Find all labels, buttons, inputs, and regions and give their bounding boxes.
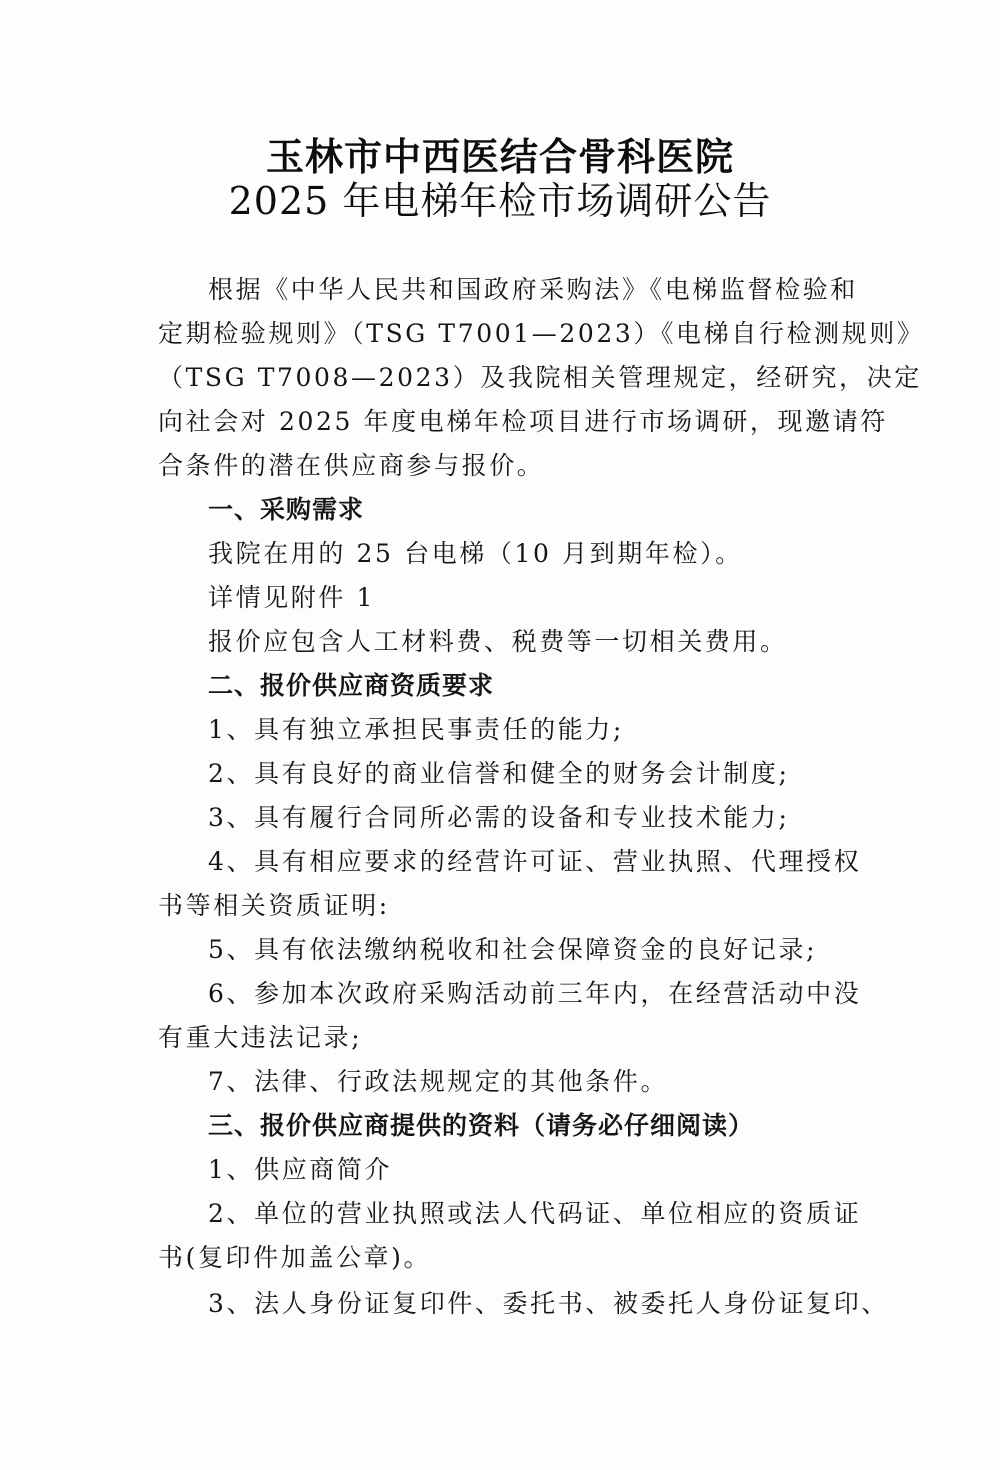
section1-line: 详情见附件 1 [208,578,928,614]
qualification-item: 4、具有相应要求的经营许可证、营业执照、代理授权 [208,842,928,878]
section1-line: 我院在用的 25 台电梯（10 月到期年检）。 [208,534,928,570]
intro-line: 定期检验规则》（TSG T7001—2023）《电梯自行检测规则》 [158,314,878,350]
section-heading-supplier-qualifications: 二、报价供应商资质要求 [208,666,928,702]
material-item: 3、法人身份证复印件、委托书、被委托人身份证复印、 [208,1284,928,1320]
qualification-item: 7、法律、行政法规规定的其他条件。 [208,1062,928,1098]
section-heading-procurement-needs: 一、采购需求 [208,490,928,526]
qualification-item: 1、具有独立承担民事责任的能力; [208,710,928,746]
qualification-item: 2、具有良好的商业信誉和健全的财务会计制度; [208,754,928,790]
section-heading-required-materials: 三、报价供应商提供的资料（请务必仔细阅读） [208,1106,928,1142]
intro-line: 合条件的潜在供应商参与报价。 [158,446,878,482]
document-title-line2: 2025 年电梯年检市场调研公告 [0,170,1000,225]
document-page: 玉林市中西医结合骨科医院 2025 年电梯年检市场调研公告 根据《中华人民共和国… [0,0,1000,1470]
material-item: 2、单位的营业执照或法人代码证、单位相应的资质证 [208,1194,928,1230]
section1-line: 报价应包含人工材料费、税费等一切相关费用。 [208,622,928,658]
qualification-item-continuation: 书等相关资质证明: [158,886,878,922]
intro-line: 向社会对 2025 年度电梯年检项目进行市场调研，现邀请符 [158,402,878,438]
intro-line: 根据《中华人民共和国政府采购法》《电梯监督检验和 [208,270,928,306]
qualification-item: 5、具有依法缴纳税收和社会保障资金的良好记录; [208,930,928,966]
material-item-continuation: 书(复印件加盖公章)。 [158,1238,878,1274]
qualification-item-continuation: 有重大违法记录; [158,1018,878,1054]
qualification-item: 3、具有履行合同所必需的设备和专业技术能力; [208,798,928,834]
intro-line: （TSG T7008—2023）及我院相关管理规定，经研究，决定 [158,358,878,394]
qualification-item: 6、参加本次政府采购活动前三年内，在经营活动中没 [208,974,928,1010]
material-item: 1、供应商简介 [208,1150,928,1186]
